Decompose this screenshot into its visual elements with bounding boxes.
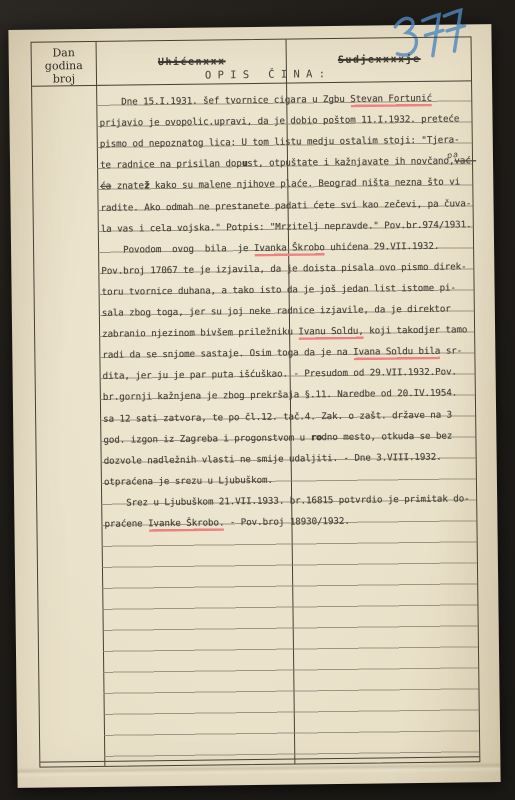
- document-paper: 377 Dan godina broj Uhićenxxx Sudjexxxxj…: [8, 24, 500, 788]
- typed-text: st, otpuštate i kažnjavate ih novčano,: [247, 156, 454, 170]
- typed-text: uhićena 29.VII.1932.: [325, 240, 440, 252]
- overtyped-text: ro: [310, 432, 321, 443]
- red-underlined-text: Stevan Fortunić: [350, 93, 432, 105]
- typed-text: - Pov.broj 18930/1932.: [224, 516, 350, 529]
- typed-text: znate: [111, 181, 144, 192]
- typed-text: otpraćena je srezu u Ljubuškom.: [104, 475, 273, 488]
- typed-lines: Dne 15.I.1931. šef tvornice cigara u Zgb…: [99, 84, 486, 532]
- typed-text: koji takodjer tamo: [364, 325, 468, 337]
- typed-text: te radnice na prisilan dop: [100, 159, 242, 172]
- typed-text: dno mesto, otkuda se bez: [321, 430, 452, 443]
- header-struck-col2: Uhićenxxx: [97, 56, 287, 69]
- typed-text: Povodom ovog bila je: [123, 243, 254, 256]
- red-underlined-text: Ivanka Škrobo: [254, 242, 325, 254]
- typed-text: sr-: [440, 346, 462, 357]
- typed-text: god. izgon iz Zagreba i progonstvom u: [103, 432, 310, 446]
- typed-text: Dne 15.I.1931. šef tvornice cigara u Zgb…: [121, 94, 350, 108]
- red-underlined-text: Ivanu Soldu,: [298, 326, 364, 338]
- header-struck-col3: Sudjexxxxje: [287, 53, 472, 66]
- typed-text: praćene: [104, 518, 148, 530]
- pencil-note: pa: [446, 150, 459, 161]
- header-line-dan: Dan: [31, 46, 97, 60]
- typed-text: zabranio njezinom bivšem priležniku: [102, 327, 298, 340]
- header-line-broj: broj: [31, 72, 97, 86]
- header-cell-dan-godina-broj: Dan godina broj: [31, 46, 97, 86]
- typed-text: radi da se snjome sastaje. Osim toga da …: [102, 347, 353, 361]
- typed-section-title: O P I S Č I N A :: [205, 68, 325, 81]
- struck-text: ća: [100, 181, 111, 192]
- header-line-godina: godina: [31, 59, 97, 73]
- page-number-text: 377: [384, 7, 385, 8]
- red-underlined-text: Ivanke Škrobo.: [148, 517, 224, 529]
- red-underlined-text: Ivana Soldu bila: [353, 346, 440, 358]
